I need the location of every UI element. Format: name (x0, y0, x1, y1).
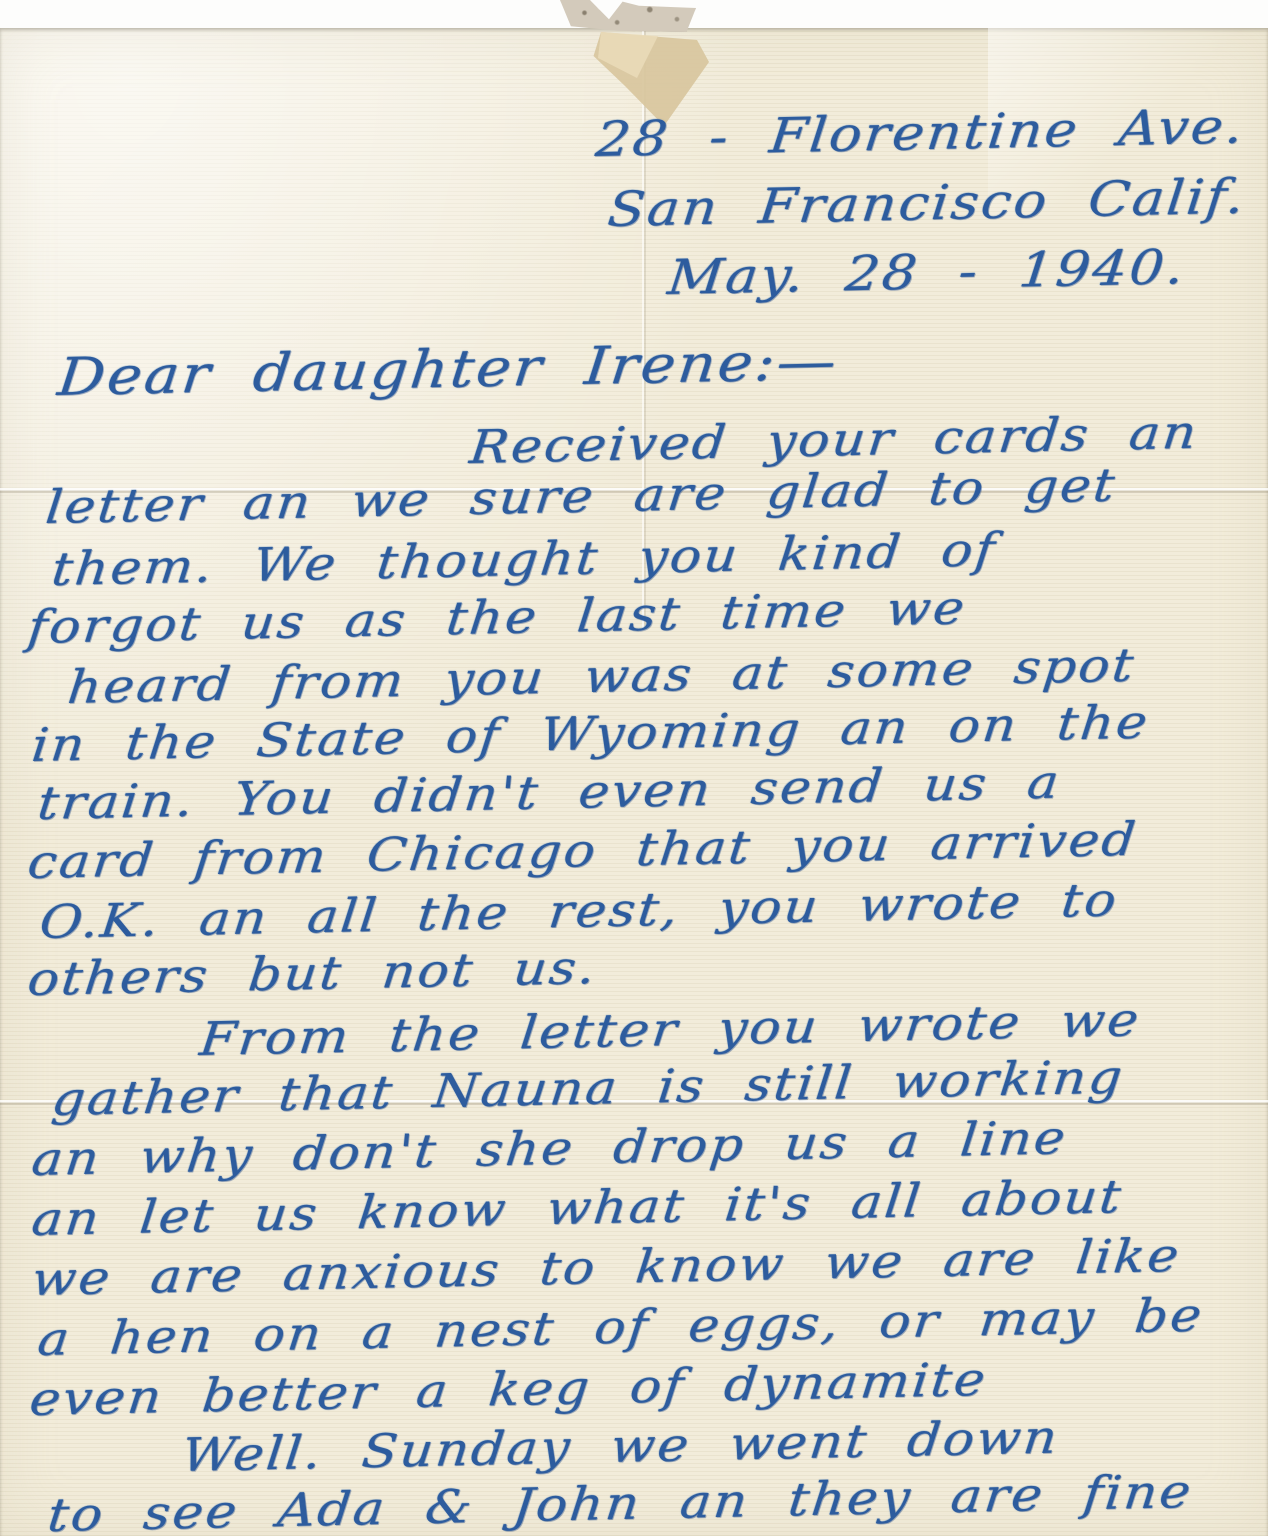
date-line: May. 28 - 1940. (665, 239, 1188, 306)
scanned-letter-page: 28 - Florentine Ave. San Francisco Calif… (0, 0, 1268, 1536)
handwritten-line: others but not us. (25, 940, 600, 1006)
salutation: Dear daughter Irene:— (55, 332, 841, 408)
letter-paper: 28 - Florentine Ave. San Francisco Calif… (0, 28, 1268, 1536)
address-line-2: San Francisco Calif. (605, 169, 1249, 238)
